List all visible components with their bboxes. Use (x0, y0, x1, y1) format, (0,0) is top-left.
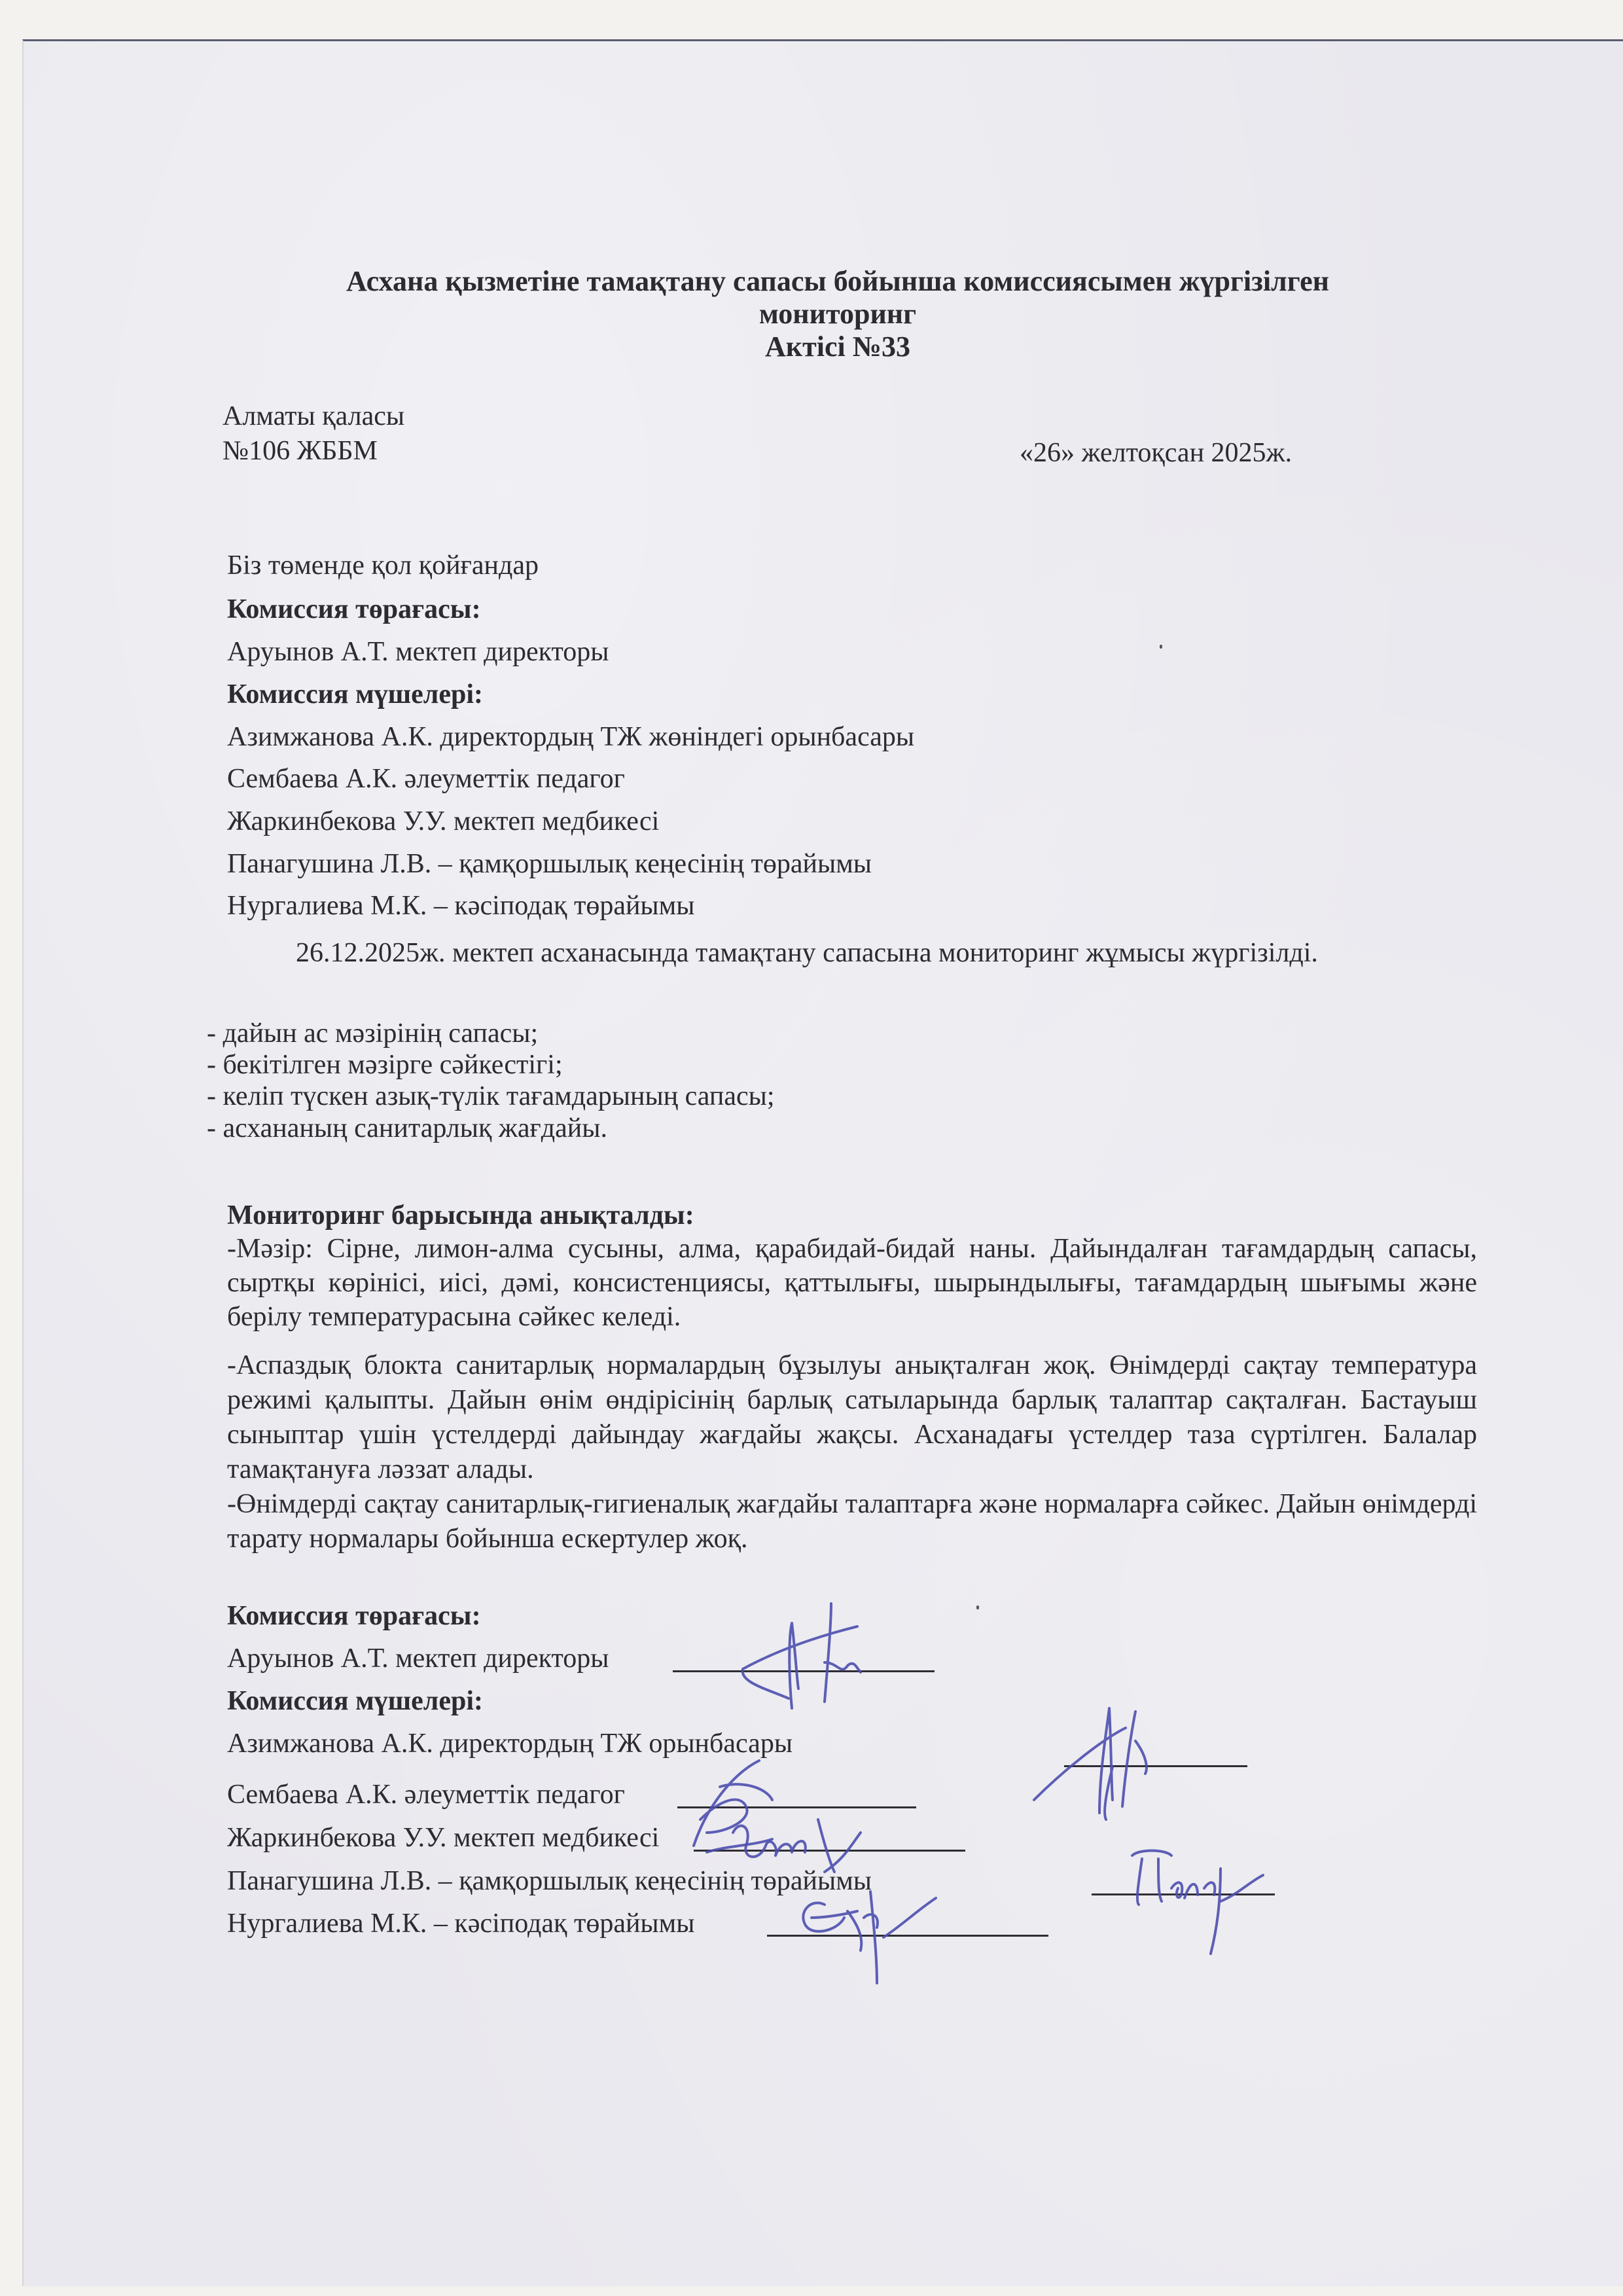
signature-member-4-icon (1113, 1842, 1283, 1964)
chair-heading: Комиссия төрағасы: (227, 594, 481, 625)
city: Алматы қаласы (223, 401, 404, 432)
checklist-item: - асхананың санитарлық жағдайы. (207, 1113, 607, 1144)
findings-paragraph-menu: -Мәзір: Сірне, лимон-алма сусыны, алма, … (227, 1232, 1477, 1334)
chair-name: Аруынов А.Т. мектеп директоры (227, 636, 609, 668)
signature-member-5-icon (785, 1885, 955, 1993)
member-item: Сембаева А.К. әлеуметтік педагог (227, 763, 625, 795)
signature-member: Сембаева А.К. әлеуметтік педагог (227, 1779, 625, 1810)
checklist-item: - дайын ас мәзірінің сапасы; (207, 1018, 538, 1049)
document-title: Асхана қызметіне тамақтану сапасы бойынш… (196, 265, 1479, 298)
signature-member: Нургалиева М.К. – кәсіподақ төрайымы (227, 1908, 694, 1939)
scan-speck (976, 1605, 979, 1609)
signature-chair-name: Аруынов А.Т. мектеп директоры (227, 1643, 609, 1674)
member-item: Нургалиева М.К. – кәсіподақ төрайымы (227, 890, 694, 922)
participants-intro: Біз төменде қол қойғандар (227, 550, 539, 581)
member-item: Жаркинбекова У.У. мектеп медбикесі (227, 806, 659, 837)
member-item: Панагушина Л.В. – қамқоршылық кеңесінің … (227, 848, 872, 880)
monitoring-statement: 26.12.2025ж. мектеп асханасында тамақтан… (227, 932, 1477, 974)
act-number: Актісі №33 (196, 331, 1479, 363)
signature-chair-icon (726, 1597, 910, 1731)
member-item: Азимжанова А.К. директордың ТЖ жөніндегі… (227, 721, 914, 753)
signature-member: Жаркинбекова У.У. мектеп медбикесі (227, 1822, 659, 1854)
findings-paragraph-storage: -Өнімдерді сақтау санитарлық-гигиеналық … (227, 1487, 1477, 1556)
findings-paragraph-kitchen: -Аспаздық блокта санитарлық нормалардың … (227, 1348, 1477, 1487)
members-heading: Комиссия мүшелері: (227, 679, 483, 710)
document-title-line2: мониторинг (196, 298, 1479, 331)
document-date: «26» желтоқсан 2025ж. (1020, 437, 1292, 469)
findings-heading: Мониторинг барысында анықталды: (227, 1200, 694, 1231)
checklist-item: - бекітілген мәзірге сәйкестігі; (207, 1049, 563, 1081)
signature-chair-heading: Комиссия төрағасы: (227, 1600, 481, 1632)
scan-speck (1160, 645, 1162, 649)
signature-members-heading: Комиссия мүшелері: (227, 1685, 483, 1717)
school-name: №106 ЖББМ (223, 435, 378, 467)
signature-member-1-icon (1008, 1702, 1178, 1836)
checklist-item: - келіп түскен азық-түлік тағамдарының с… (207, 1081, 775, 1112)
